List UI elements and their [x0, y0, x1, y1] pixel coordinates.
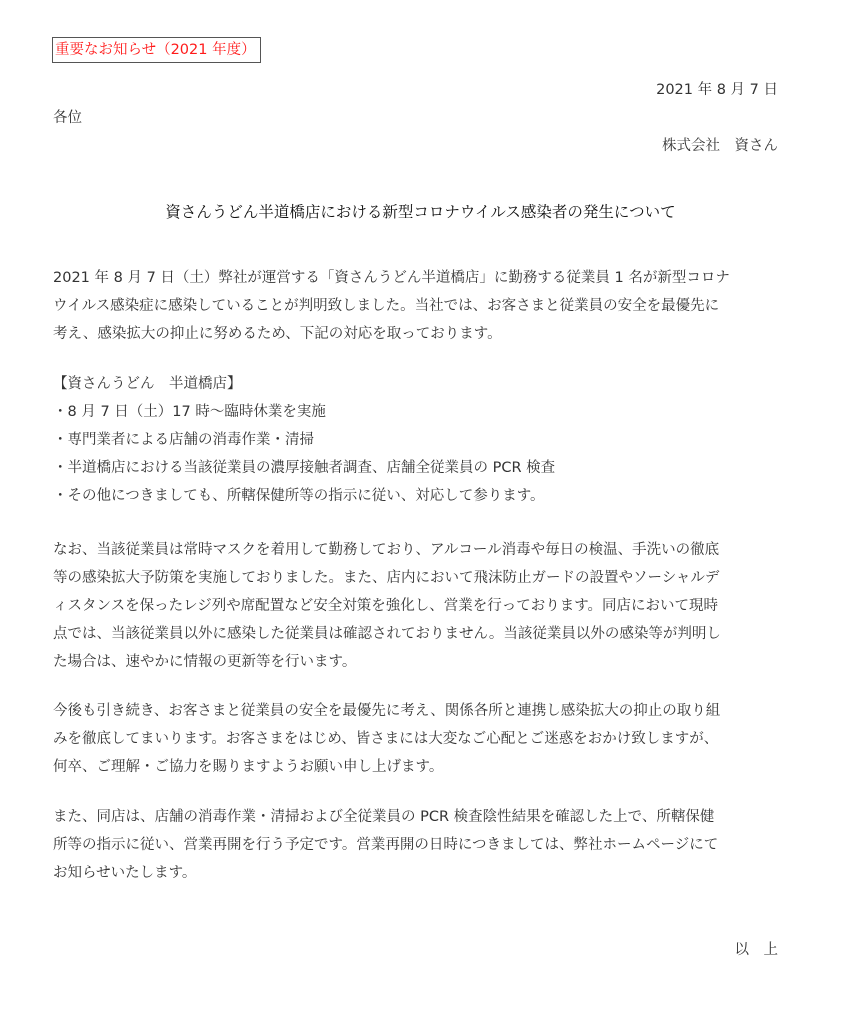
paragraph-apology: 今後も引き続き、お客さまと従業員の安全を最優先に考え、関係各所と連携し感染拡大の…: [53, 697, 793, 781]
paragraph-line: 所等の指示に従い、営業再開を行う予定です。営業再開の日時につきましては、弊社ホー…: [53, 831, 793, 859]
important-notice-label: 重要なお知らせ（2021 年度）: [52, 37, 261, 63]
paragraph-reopening: また、同店は、店舗の消毒作業・清掃および全従業員の PCR 検査陰性結果を確認し…: [53, 803, 793, 887]
paragraph-announcement: 2021 年 8 月 7 日（土）弊社が運営する「資さんうどん半道橋店」に勤務す…: [53, 264, 793, 348]
paragraph-line: ウイルス感染症に感染していることが判明致しました。当社では、お客さまと従業員の安…: [53, 292, 793, 320]
paragraph-line: また、同店は、店舗の消毒作業・清掃および全従業員の PCR 検査陰性結果を確認し…: [53, 803, 793, 831]
company-name: 株式会社 資さん: [662, 136, 778, 156]
list-item: ・8 月 7 日（土）17 時～臨時休業を実施: [53, 398, 793, 426]
list-heading: 【資さんうどん 半道橋店】: [53, 370, 793, 398]
paragraph-line: た場合は、速やかに情報の更新等を行います。: [53, 648, 793, 676]
list-item: ・その他につきましても、所轄保健所等の指示に従い、対応して参ります。: [53, 482, 793, 510]
issue-date: 2021 年 8 月 7 日: [656, 80, 778, 100]
paragraph-prevention-measures: なお、当該従業員は常時マスクを着用して勤務しており、アルコール消毒や毎日の検温、…: [53, 536, 793, 676]
paragraph-line: 2021 年 8 月 7 日（土）弊社が運営する「資さんうどん半道橋店」に勤務す…: [53, 264, 793, 292]
store-measures-list: 【資さんうどん 半道橋店】 ・8 月 7 日（土）17 時～臨時休業を実施 ・専…: [53, 370, 793, 510]
paragraph-line: 等の感染拡大予防策を実施しておりました。また、店内において飛沫防止ガードの設置や…: [53, 564, 793, 592]
list-item: ・専門業者による店舗の消毒作業・清掃: [53, 426, 793, 454]
paragraph-line: 点では、当該従業員以外に感染した従業員は確認されておりません。当該従業員以外の感…: [53, 620, 793, 648]
paragraph-line: 今後も引き続き、お客さまと従業員の安全を最優先に考え、関係各所と連携し感染拡大の…: [53, 697, 793, 725]
paragraph-line: ィスタンスを保ったレジ列や席配置など安全対策を強化し、営業を行っております。同店…: [53, 592, 793, 620]
paragraph-line: お知らせいたします。: [53, 859, 793, 887]
closing-remark: 以 上: [735, 940, 779, 960]
paragraph-line: 考え、感染拡大の抑止に努めるため、下記の対応を取っております。: [53, 320, 793, 348]
document-page: 重要なお知らせ（2021 年度） 2021 年 8 月 7 日 各位 株式会社 …: [0, 0, 841, 1024]
paragraph-line: なお、当該従業員は常時マスクを着用して勤務しており、アルコール消毒や毎日の検温、…: [53, 536, 793, 564]
paragraph-line: みを徹底してまいります。お客さまをはじめ、皆さまには大変なご心配とご迷惑をおかけ…: [53, 725, 793, 753]
list-item: ・半道橋店における当該従業員の濃厚接触者調査、店舗全従業員の PCR 検査: [53, 454, 793, 482]
addressee: 各位: [53, 108, 82, 128]
document-title: 資さんうどん半道橋店における新型コロナウイルス感染者の発生について: [0, 202, 841, 222]
paragraph-line: 何卒、ご理解・ご協力を賜りますようお願い申し上げます。: [53, 753, 793, 781]
